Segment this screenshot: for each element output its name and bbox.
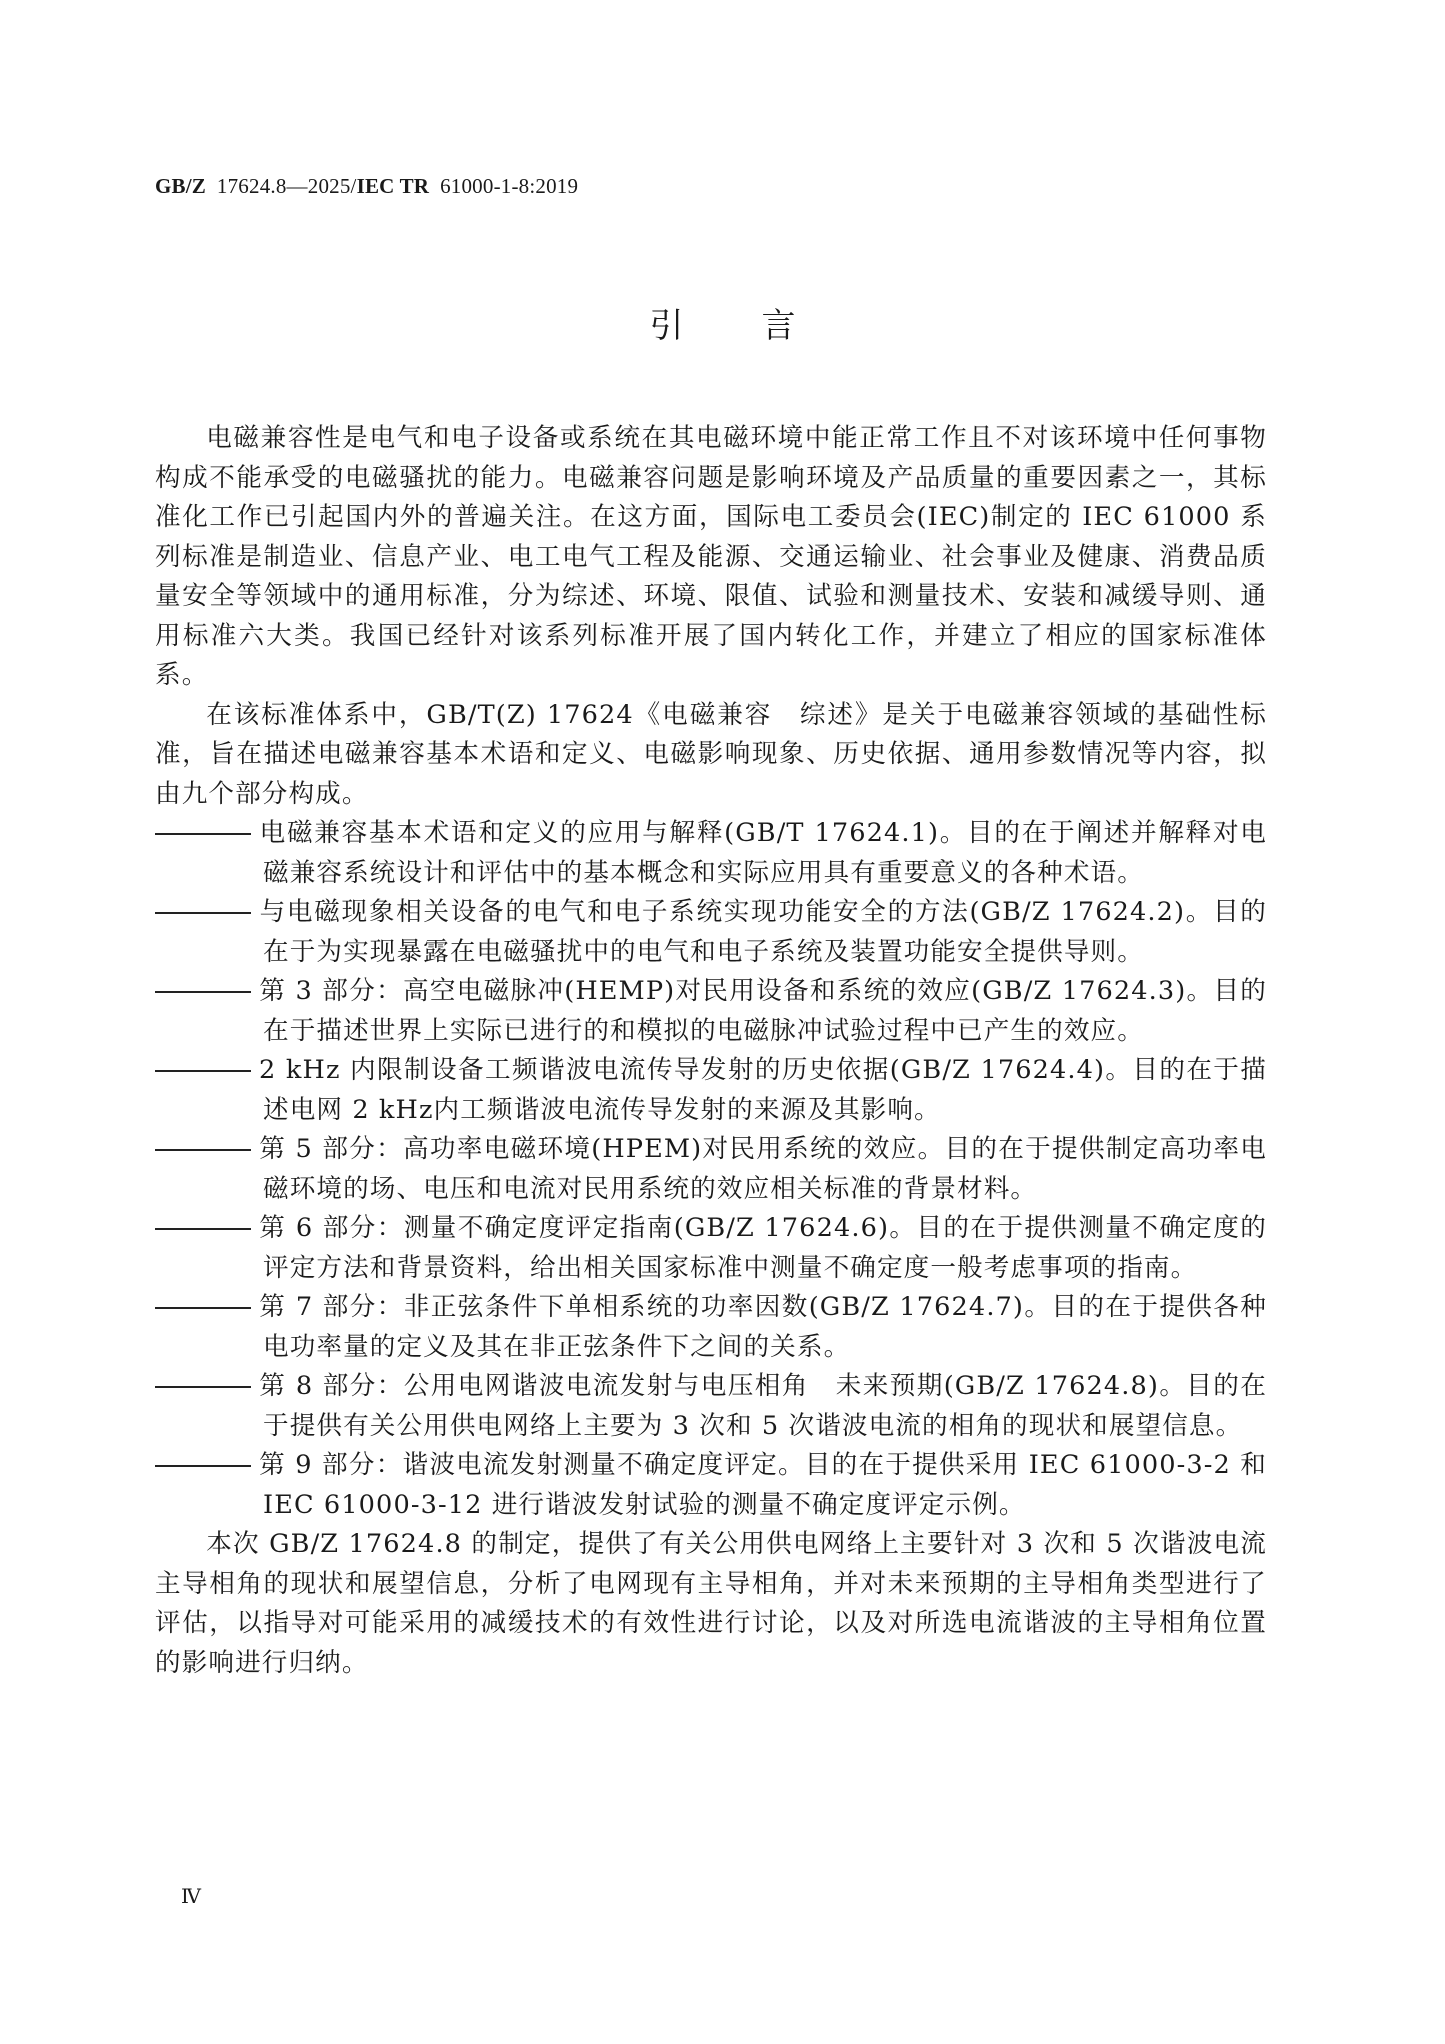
em-dash-bullet <box>155 1288 259 1328</box>
part-list-item: 第 8 部分：公用电网谐波电流发射与电压相角 未来预期(GB/Z 17624.8… <box>155 1367 1267 1446</box>
intro-paragraph-1: 电磁兼容性是电气和电子设备或系统在其电磁环境中能正常工作且不对该环境中任何事物构… <box>155 419 1267 696</box>
part-list-item: 第 6 部分：测量不确定度评定指南(GB/Z 17624.6)。目的在于提供测量… <box>155 1209 1267 1288</box>
iec-prefix: IEC TR <box>357 174 430 198</box>
part-list-item: 第 9 部分：谐波电流发射测量不确定度评定。目的在于提供采用 IEC 61000… <box>155 1446 1267 1525</box>
part-5-text: 第 5 部分：高功率电磁环境(HPEM)对民用系统的效应。目的在于提供制定高功率… <box>259 1134 1267 1204</box>
closing-paragraph: 本次 GB/Z 17624.8 的制定，提供了有关公用供电网络上主要针对 3 次… <box>155 1525 1267 1683</box>
page-number: Ⅳ <box>181 1884 201 1909</box>
part-4-text: 2 kHz 内限制设备工频谐波电流传导发射的历史依据(GB/Z 17624.4)… <box>259 1055 1267 1125</box>
em-dash-bullet <box>155 814 259 854</box>
part-3-text: 第 3 部分：高空电磁脉冲(HEMP)对民用设备和系统的效应(GB/Z 1762… <box>259 976 1267 1046</box>
part-1-text: 电磁兼容基本术语和定义的应用与解释(GB/T 17624.1)。目的在于阐述并解… <box>259 818 1267 888</box>
em-dash-bullet <box>155 1446 259 1486</box>
part-2-text: 与电磁现象相关设备的电气和电子系统实现功能安全的方法(GB/Z 17624.2)… <box>259 897 1267 967</box>
em-dash-bullet <box>155 1130 259 1170</box>
document-body: 电磁兼容性是电气和电子设备或系统在其电磁环境中能正常工作且不对该环境中任何事物构… <box>155 419 1267 1683</box>
em-dash-bullet <box>155 893 259 933</box>
standard-prefix: GB/Z <box>155 174 206 198</box>
page-title: 引言 <box>0 298 1445 347</box>
standard-number: 17624.8—2025/ <box>217 174 357 198</box>
em-dash-bullet <box>155 1209 259 1249</box>
part-list-item: 电磁兼容基本术语和定义的应用与解释(GB/T 17624.1)。目的在于阐述并解… <box>155 814 1267 893</box>
part-list-item: 第 5 部分：高功率电磁环境(HPEM)对民用系统的效应。目的在于提供制定高功率… <box>155 1130 1267 1209</box>
part-list-item: 第 3 部分：高空电磁脉冲(HEMP)对民用设备和系统的效应(GB/Z 1762… <box>155 972 1267 1051</box>
iec-number: 61000-1-8:2019 <box>440 174 578 198</box>
em-dash-bullet <box>155 1367 259 1407</box>
part-list-item: 第 7 部分：非正弦条件下单相系统的功率因数(GB/Z 17624.7)。目的在… <box>155 1288 1267 1367</box>
part-7-text: 第 7 部分：非正弦条件下单相系统的功率因数(GB/Z 17624.7)。目的在… <box>259 1292 1267 1362</box>
part-list-item: 2 kHz 内限制设备工频谐波电流传导发射的历史依据(GB/Z 17624.4)… <box>155 1051 1267 1130</box>
part-9-text: 第 9 部分：谐波电流发射测量不确定度评定。目的在于提供采用 IEC 61000… <box>259 1450 1267 1520</box>
em-dash-bullet <box>155 972 259 1012</box>
em-dash-bullet <box>155 1051 259 1091</box>
part-list-item: 与电磁现象相关设备的电气和电子系统实现功能安全的方法(GB/Z 17624.2)… <box>155 893 1267 972</box>
standard-header: GB/Z 17624.8—2025/IEC TR 61000-1-8:2019 <box>155 174 578 199</box>
part-6-text: 第 6 部分：测量不确定度评定指南(GB/Z 17624.6)。目的在于提供测量… <box>259 1213 1267 1283</box>
intro-paragraph-2: 在该标准体系中，GB/T(Z) 17624《电磁兼容 综述》是关于电磁兼容领域的… <box>155 696 1267 815</box>
part-8-text: 第 8 部分：公用电网谐波电流发射与电压相角 未来预期(GB/Z 17624.8… <box>259 1371 1267 1441</box>
